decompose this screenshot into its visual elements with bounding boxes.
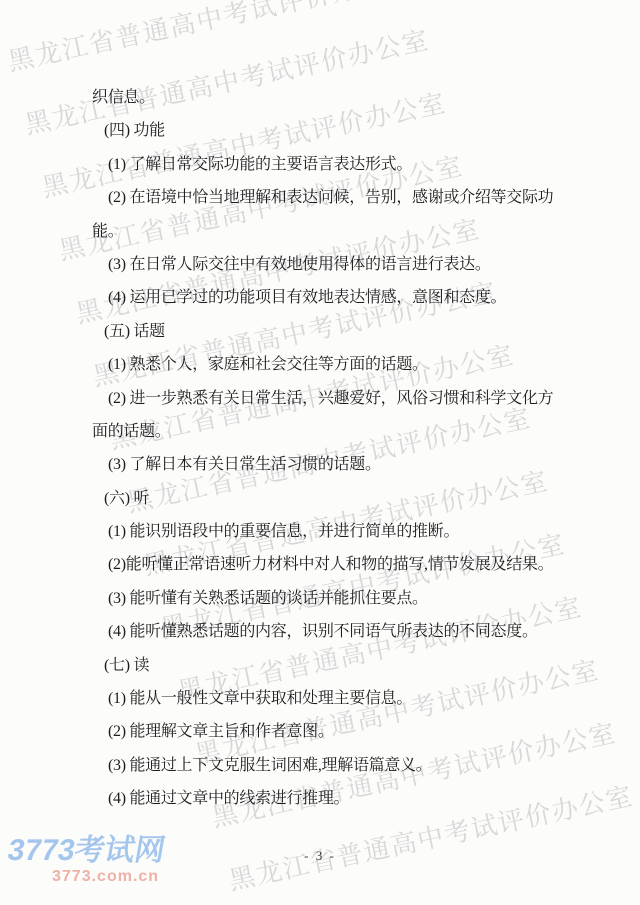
document-line: (3) 能通过上下文克服生词困难,理解语篇意义。: [92, 749, 592, 782]
scanned-page: 黑龙江省普通高中考试评价办公室黑龙江省普通高中考试评价办公室黑龙江省普通高中考试…: [0, 0, 640, 905]
document-line: (2) 在语境中恰当地理解和表达问候，告别，感谢或介绍等交际功: [92, 181, 592, 214]
document-line: (1) 了解日常交际功能的主要语言表达形式。: [92, 148, 592, 181]
document-line: 能。: [92, 215, 592, 248]
document-line: (五) 话题: [92, 315, 592, 348]
document-line: (六) 听: [92, 482, 592, 515]
document-line: (1) 能从一般性文章中获取和处理主要信息。: [92, 682, 592, 715]
document-line: (4) 能听懂熟悉话题的内容，识别不同语气所表达的不同态度。: [92, 615, 592, 648]
watermark-text: 黑龙江省普通高中考试评价办公室: [4, 0, 415, 79]
document-line: (1) 能识别语段中的重要信息，并进行简单的推断。: [92, 515, 592, 548]
document-line: (4) 运用已学过的功能项目有效地表达情感，意图和态度。: [92, 281, 592, 314]
document-line: (2) 进一步熟悉有关日常生活，兴趣爱好，风俗习惯和科学文化方: [92, 382, 592, 415]
document-line: (3) 了解日本有关日常生活习惯的话题。: [92, 448, 592, 481]
document-line: (七) 读: [92, 649, 592, 682]
document-line: (四) 功能: [92, 114, 592, 147]
site-logo: 3773考试网 3773.com.cn: [8, 836, 165, 885]
document-line: (4) 能通过文章中的线索进行推理。: [92, 782, 592, 815]
document-line: (2)能听懂正常语速听力材料中对人和物的描写,情节发展及结果。: [92, 548, 592, 581]
document-body: 织信息。(四) 功能(1) 了解日常交际功能的主要语言表达形式。(2) 在语境中…: [92, 81, 592, 816]
document-line: (2) 能理解文章主旨和作者意图。: [92, 715, 592, 748]
site-logo-title: 3773考试网: [5, 836, 167, 866]
document-line: 织信息。: [92, 81, 592, 114]
document-line: (3) 在日常人际交往中有效地使用得体的语言进行表达。: [92, 248, 592, 281]
document-line: 面的话题。: [92, 415, 592, 448]
site-logo-domain: 3773.com.cn: [52, 869, 165, 885]
document-line: (3) 能听懂有关熟悉话题的谈话并能抓住要点。: [92, 582, 592, 615]
document-line: (1) 熟悉个人，家庭和社会交往等方面的话题。: [92, 348, 592, 381]
